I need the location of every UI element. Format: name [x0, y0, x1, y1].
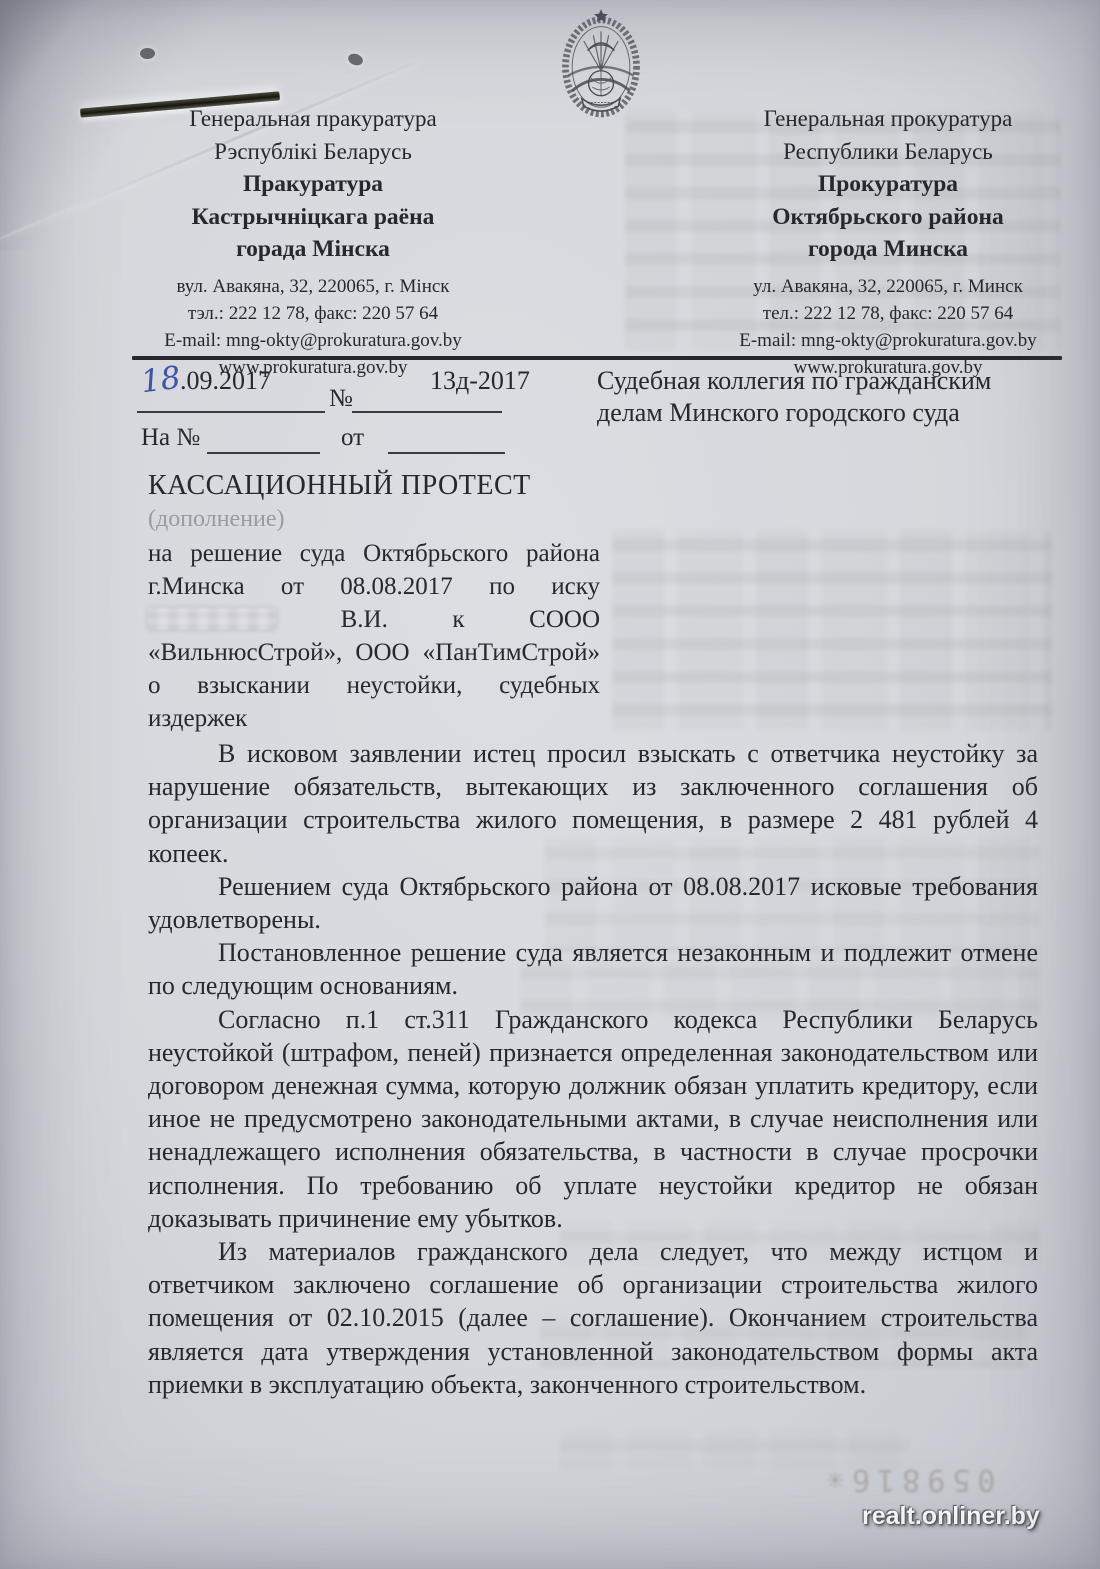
phone-line: тел.: 222 12 78, факс: 220 57 64 [708, 300, 1068, 327]
document-body: В исковом заявлении истец просил взыскат… [148, 737, 1038, 1401]
office-name-line: Кастрычніцкага раёна [133, 201, 493, 234]
subject-text: на решение суда Октябрьского района г.Ми… [148, 540, 600, 600]
redacted-plaintiff-name [148, 608, 276, 630]
office-name-line: Прокуратура [708, 168, 1068, 201]
plaintiff-initials: В.И. [341, 606, 388, 633]
number-label: № [329, 385, 353, 413]
document-title: КАССАЦИОННЫЙ ПРОТЕСТ [148, 470, 531, 502]
case-subject: на решение суда Октябрьского района г.Ми… [148, 537, 600, 735]
office-name-line: города Минска [708, 233, 1068, 266]
addressee: Судебная коллегия по гражданским делам М… [597, 365, 1045, 428]
document-subtitle: (дополнение) [148, 506, 285, 533]
staple-hole [140, 48, 155, 59]
reply-number-underline [207, 452, 320, 454]
printed-date: .09.2017 [180, 366, 271, 396]
org-name-line: Генеральная прокуратура [708, 103, 1068, 136]
body-paragraph: Решением суда Октябрьского района от 08.… [148, 870, 1038, 936]
body-paragraph: Из материалов гражданского дела следует,… [148, 1235, 1038, 1401]
number-underline [352, 411, 502, 413]
org-name-line: Рэспублікі Беларусь [133, 136, 493, 169]
date-underline [137, 411, 325, 413]
letterhead-russian: Генеральная прокуратура Республики Белар… [708, 103, 1068, 381]
org-name-line: Республики Беларусь [708, 136, 1068, 169]
stamp-asterisk-icon: ✳ [826, 1468, 844, 1494]
document-number: 13д-2017 [430, 366, 530, 396]
reply-from-label: от [341, 424, 364, 452]
handwritten-date-day: 18 [139, 360, 183, 401]
body-paragraph: Постановленное решение суда является нез… [148, 936, 1038, 1002]
page-number-stamp: 059816 [845, 1462, 995, 1497]
reply-to-label: На № [141, 424, 200, 452]
email-line: E-mail: mng-okty@prokuratura.gov.by [708, 327, 1068, 354]
scanned-document-page: Генеральная пракуратура Рэспублікі Белар… [0, 0, 1100, 1569]
staple-hole [347, 52, 365, 67]
bleed-through-text [612, 530, 1052, 730]
contact-block: вул. Авакяна, 32, 220065, г. Мінск тэл.:… [133, 273, 493, 381]
address-line: вул. Авакяна, 32, 220065, г. Мінск [133, 273, 493, 300]
addressee-line: Судебная коллегия по гражданским [597, 365, 1045, 397]
body-paragraph: Согласно п.1 ст.311 Гражданского кодекса… [148, 1003, 1038, 1235]
site-watermark: realt.onliner.by [862, 1502, 1040, 1531]
body-paragraph: В исковом заявлении истец просил взыскат… [148, 737, 1038, 870]
org-name-line: Генеральная пракуратура [133, 103, 493, 136]
office-name-line: Октябрьского района [708, 201, 1068, 234]
office-name-line: Пракуратура [133, 168, 493, 201]
letterhead-belarusian: Генеральная пракуратура Рэспублікі Белар… [133, 103, 493, 381]
email-line: E-mail: mng-okty@prokuratura.gov.by [133, 327, 493, 354]
phone-line: тэл.: 222 12 78, факс: 220 57 64 [133, 300, 493, 327]
addressee-line: делам Минского городского суда [597, 397, 1045, 429]
letterhead-divider [132, 356, 1062, 360]
office-name-line: горада Мінска [133, 233, 493, 266]
reply-date-underline [388, 452, 505, 454]
address-line: ул. Авакяна, 32, 220065, г. Минск [708, 273, 1068, 300]
star-icon [594, 9, 608, 22]
belarus-coat-of-arms [553, 6, 649, 124]
